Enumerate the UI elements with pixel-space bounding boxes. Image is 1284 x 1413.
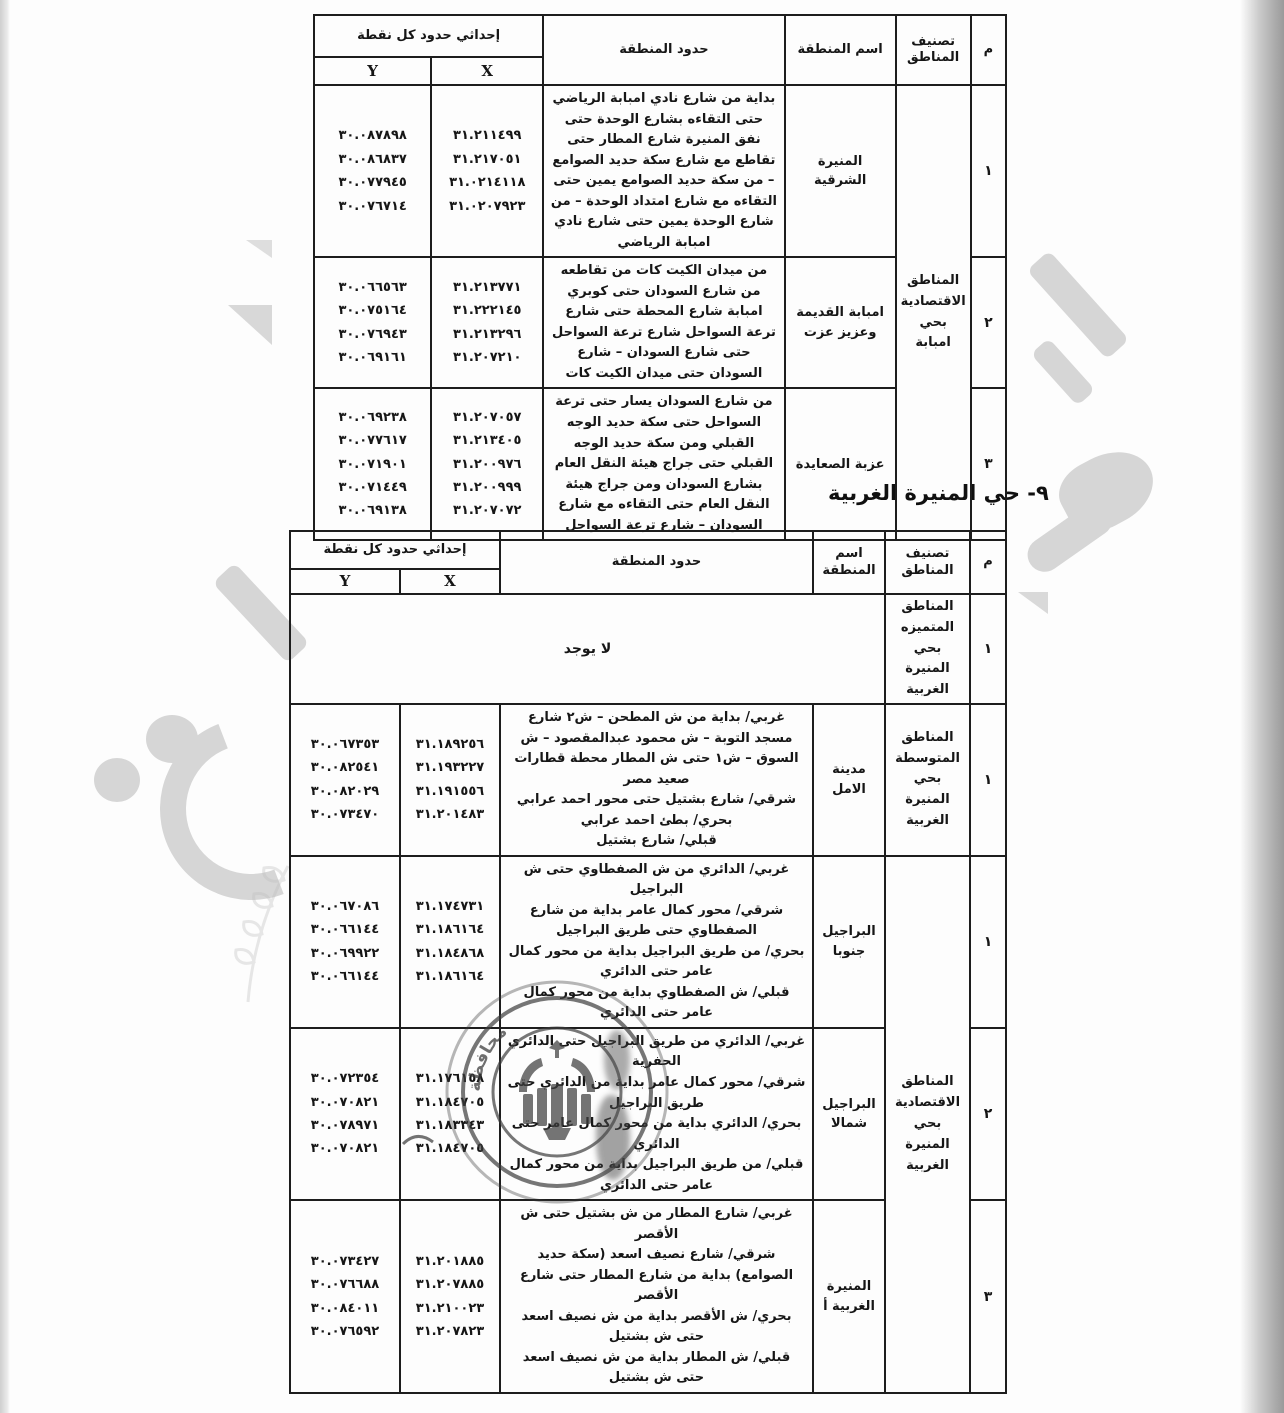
col-header-num: م [971, 15, 1006, 85]
col-header-classification: تصنيف المناطق [885, 531, 970, 594]
area-name-cell: المنيرة الغربية أ [813, 1200, 885, 1393]
table-body: ١المناطق الاقتصادية بحي امبابةالمنيرة ال… [314, 85, 1006, 540]
row-number-cell: ١ [971, 85, 1006, 257]
row-number-cell: ١ [970, 704, 1006, 856]
table-row: ١المناطق المتوسطة بحي المنيرة الغربيةمدي… [290, 704, 1006, 856]
row-number-cell: ٢ [970, 1028, 1006, 1200]
boundaries-cell: غربي/ بداية من ش المطحن – ش٢ شارع مسجد ا… [500, 704, 813, 856]
col-header-boundaries: حدود المنطقة [500, 531, 813, 594]
boundaries-cell: بداية من شارع نادي امبابة الرياضي حتى ال… [543, 85, 784, 257]
x-values-cell: ٣١.٢١١٤٩٩ ٣١.٢١٧٠٥١ ٣١.٠٢١٤١١٨ ٣١.٠٢٠٧٩٢… [431, 85, 543, 257]
watermark-shape [228, 305, 272, 345]
no-data-cell: لا يوجد [290, 594, 885, 704]
table-header: م تصنيف المناطق اسم المنطقة حدود المنطقة… [314, 15, 1006, 85]
area-name-cell: امبابة القديمة وعزيز عزت [785, 257, 896, 388]
y-values-cell: ٣٠.٠٦٩٢٣٨ ٣٠.٠٧٧٦١٧ ٣٠.٠٧١٩٠١ ٣٠.٠٧١٤٤٩ … [314, 388, 431, 540]
watermark-shape [94, 758, 140, 802]
col-header-area-name: اسم المنطقة [785, 15, 896, 85]
x-values-cell: ٣١.١٨٩٢٥٦ ٣١.١٩٣٢٢٧ ٣١.١٩١٥٥٦ ٣١.٢٠١٤٨٣ [400, 704, 500, 856]
boundaries-cell: غربي/ شارع المطار من ش بشتيل حتى ش الأقص… [500, 1200, 813, 1393]
table-row: ١المناطق المتميزه بحي المنيرة الغربيةلا … [290, 594, 1006, 704]
watermark-shape [1018, 592, 1048, 614]
y-values-cell: ٣٠.٠٨٧٨٩٨ ٣٠.٠٨٦٨٣٧ ٣٠.٠٧٧٩٤٥ ٣٠.٠٧٦٧١٤ [314, 85, 431, 257]
area-name-cell: عزبة الصعايدة [785, 388, 896, 540]
col-header-boundaries: حدود المنطقة [543, 15, 784, 85]
y-values-cell: ٣٠.٠٦٧٠٨٦ ٣٠.٠٦٦١٤٤ ٣٠.٠٦٩٩٢٢ ٣٠.٠٦٦١٤٤ [290, 856, 400, 1028]
y-values-cell: ٣٠.٠٧٣٤٢٧ ٣٠.٠٧٦٦٨٨ ٣٠.٠٨٤٠١١ ٣٠.٠٧٦٥٩٢ [290, 1200, 400, 1393]
scan-edge-left [0, 0, 10, 1413]
ink-smudge [604, 1030, 630, 1090]
table-header: م تصنيف المناطق اسم المنطقة حدود المنطقة… [290, 531, 1006, 594]
classification-cell: المناطق المتميزه بحي المنيرة الغربية [885, 594, 970, 704]
row-number-cell: ٣ [970, 1200, 1006, 1393]
y-values-cell: ٣٠.٠٦٧٣٥٣ ٣٠.٠٨٢٥٤١ ٣٠.٠٨٢٠٢٩ ٣٠.٠٧٣٤٧٠ [290, 704, 400, 856]
boundaries-cell: من ميدان الكيت كات من تقاطعه من شارع الس… [543, 257, 784, 388]
row-number-cell: ٢ [971, 257, 1006, 388]
areas-table-imbaba: م تصنيف المناطق اسم المنطقة حدود المنطقة… [313, 14, 1007, 541]
ink-smudge [596, 1095, 630, 1180]
area-name-cell: البراجيل جنوبا [813, 856, 885, 1028]
table-row: ١المناطق الاقتصادية بحي امبابةالمنيرة ال… [314, 85, 1006, 257]
row-number-cell: ١ [970, 856, 1006, 1028]
governorate-stamp: محافظة الجيزة [423, 996, 695, 1202]
col-header-classification: تصنيف المناطق [896, 15, 971, 85]
row-number-cell: ٣ [971, 388, 1006, 540]
col-header-area-name: اسم المنطقة [813, 531, 885, 594]
boundaries-cell: من شارع السودان يسار حتى ترعة السواحل حت… [543, 388, 784, 540]
scan-edge-right [1240, 0, 1284, 1413]
area-name-cell: المنيرة الشرقية [785, 85, 896, 257]
table-body: ١المناطق المتميزه بحي المنيرة الغربيةلا … [290, 594, 1006, 1393]
scanned-document-page: { "document": { "section_heading": "٩- ح… [0, 0, 1284, 1413]
row-number-cell: ١ [970, 594, 1006, 704]
col-header-x: X [400, 569, 500, 594]
y-values-cell: ٣٠.٠٧٢٣٥٤ ٣٠.٠٧٠٨٢١ ٣٠.٠٧٨٩٧١ ٣٠.٠٧٠٨٢١ [290, 1028, 400, 1200]
watermark-shape [246, 240, 272, 258]
col-header-coords-group: إحداثي حدود كل نقطة [314, 15, 543, 57]
areas-table-west-monira: م تصنيف المناطق اسم المنطقة حدود المنطقة… [287, 530, 1007, 1394]
area-name-cell: مدينة الامل [813, 704, 885, 856]
col-header-y: Y [314, 57, 431, 85]
classification-cell: المناطق الاقتصادية بحي امبابة [896, 85, 971, 540]
x-values-cell: ٣١.٢٠١٨٨٥ ٣١.٢٠٧٨٨٥ ٣١.٢١٠٠٢٣ ٣١.٢٠٧٨٢٣ [400, 1200, 500, 1393]
classification-cell: المناطق المتوسطة بحي المنيرة الغربية [885, 704, 970, 856]
eagle-emblem [519, 1040, 595, 1140]
y-values-cell: ٣٠.٠٦٦٥٦٣ ٣٠.٠٧٥١٦٤ ٣٠.٠٧٦٩٤٣ ٣٠.٠٦٩١٦١ [314, 257, 431, 388]
area-name-cell: البراجيل شمالا [813, 1028, 885, 1200]
col-header-num: م [970, 531, 1006, 594]
col-header-coords-group: إحداثي حدود كل نقطة [290, 531, 500, 569]
col-header-y: Y [290, 569, 400, 594]
classification-cell: المناطق الاقتصادية بحي المنيرة الغربية [885, 856, 970, 1393]
x-values-cell: ٣١.٢١٣٧٧١ ٣١.٢٢٢١٤٥ ٣١.٢١٣٢٩٦ ٣١.٢٠٧٢١٠ [431, 257, 543, 388]
col-header-x: X [431, 57, 543, 85]
watermark-shape [1031, 338, 1096, 406]
x-values-cell: ٣١.٢٠٧٠٥٧ ٣١.٢١٣٤٠٥ ٣١.٢٠٠٩٧٦ ٣١.٢٠٠٩٩٩ … [431, 388, 543, 540]
